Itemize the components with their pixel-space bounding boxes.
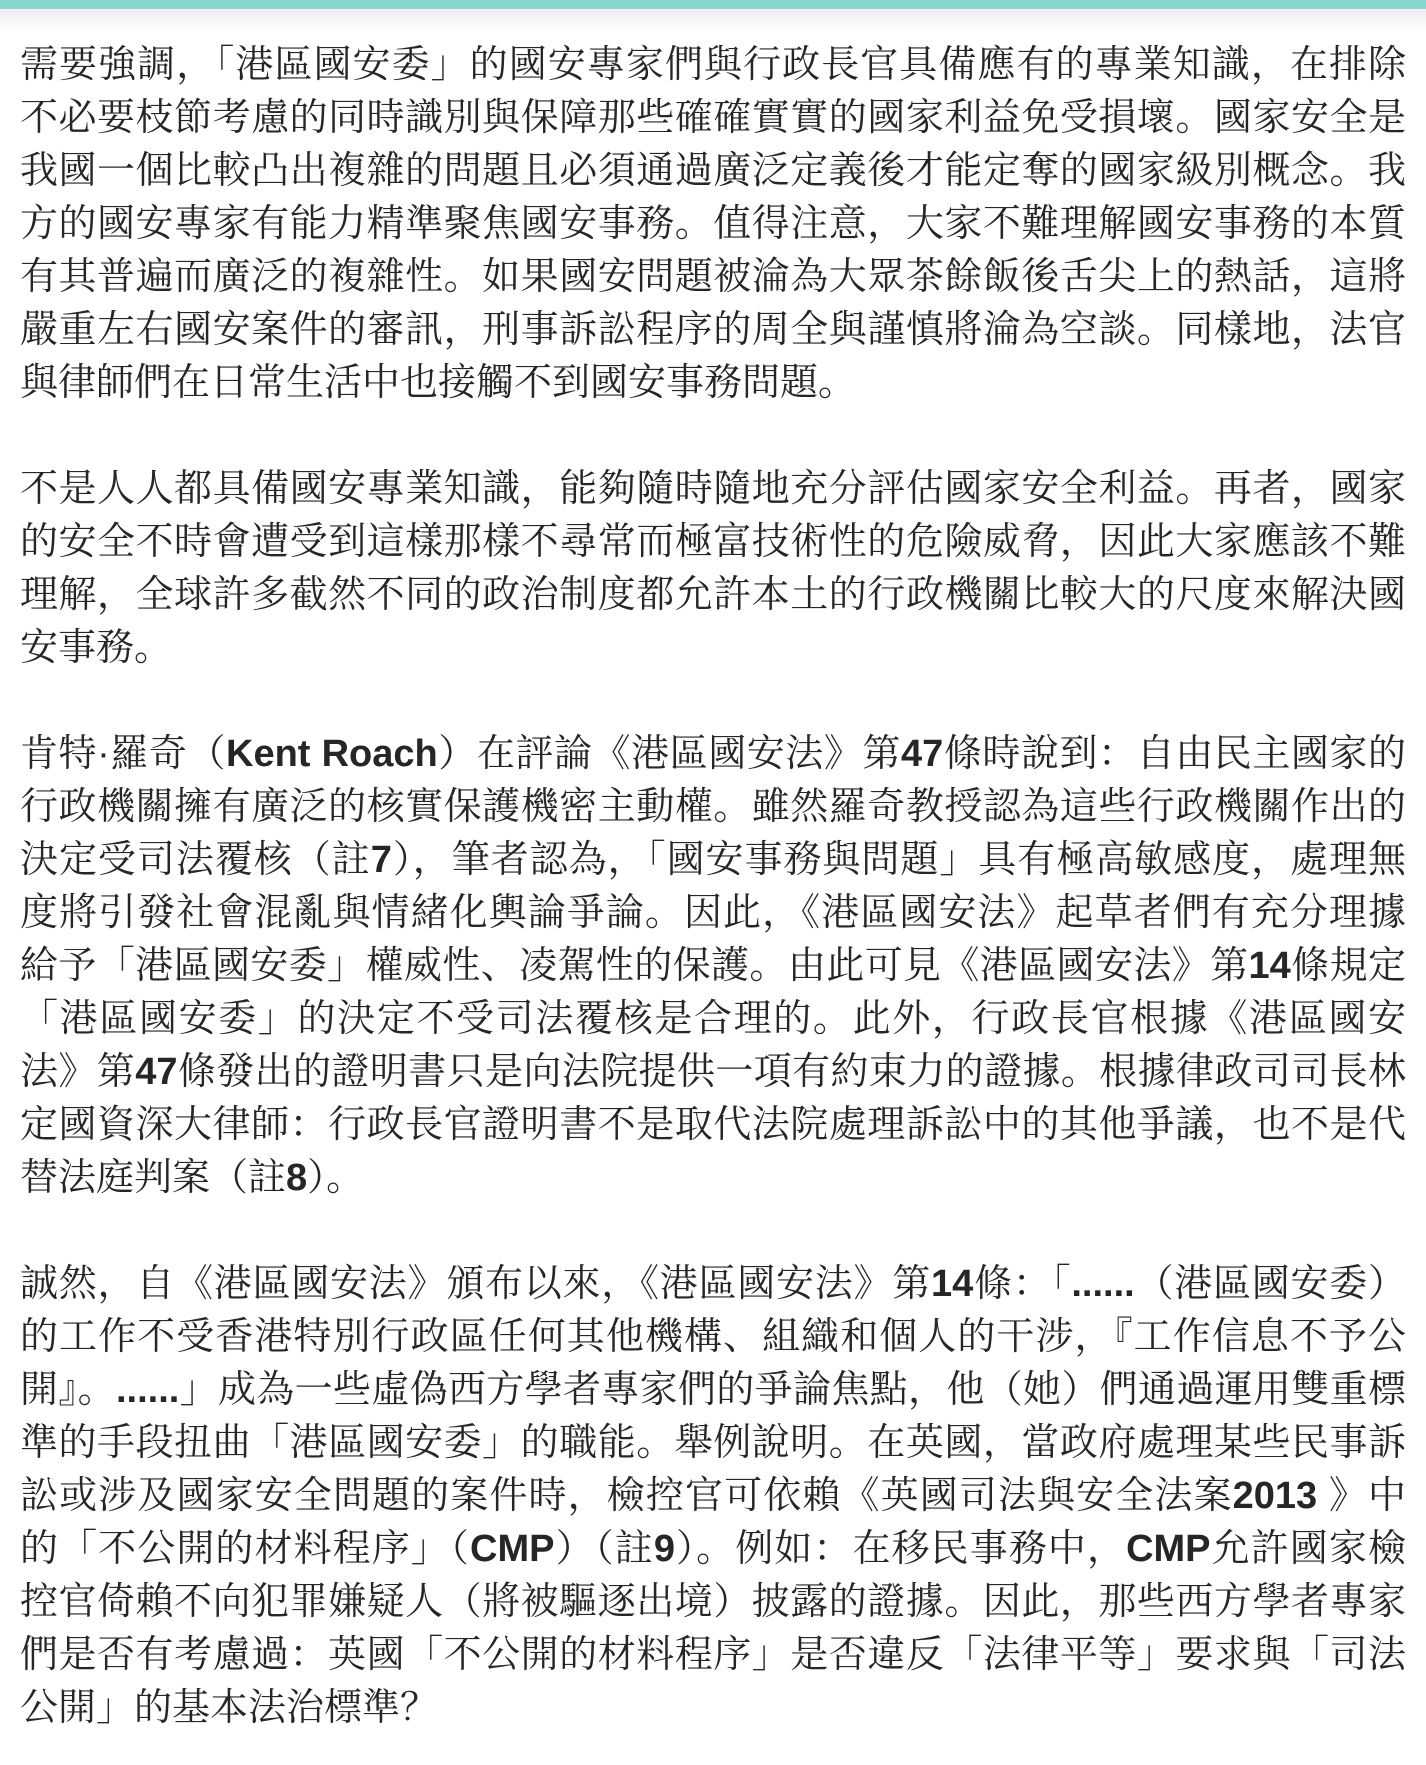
emphasis-text-run: 9 bbox=[654, 1528, 675, 1570]
emphasis-text-run: 14 bbox=[931, 1263, 973, 1305]
text-run: ）。 bbox=[307, 1157, 364, 1199]
text-run: 需要強調，「港區國安委」的國安專家們與行政長官具備應有的專業知識，在排除不必要枝… bbox=[20, 44, 1406, 404]
text-run: 肯特·羅奇（ bbox=[20, 733, 226, 775]
paragraph: 不是人人都具備國安專業知識，能夠隨時隨地充分評估國家安全利益。再者，國家的安全不… bbox=[20, 463, 1406, 675]
emphasis-text-run: CMP bbox=[470, 1528, 554, 1570]
emphasis-text-run: 14 bbox=[1249, 945, 1291, 987]
emphasis-text-run: 47 bbox=[135, 1051, 177, 1093]
text-run: ）在評論《港區國安法》第 bbox=[438, 733, 901, 775]
text-run: 條：「 bbox=[973, 1263, 1071, 1305]
emphasis-text-run: 2013 bbox=[1233, 1475, 1318, 1517]
emphasis-text-run: Kent Roach bbox=[226, 733, 438, 775]
text-run: ）。例如：在移民事務中， bbox=[675, 1528, 1126, 1570]
header-gradient bbox=[0, 9, 1426, 33]
top-accent-bar bbox=[0, 0, 1426, 9]
paragraph: 誠然，自《港區國安法》頒布以來，《港區國安法》第14條：「......（港區國安… bbox=[20, 1258, 1406, 1735]
emphasis-text-run: 8 bbox=[286, 1157, 307, 1199]
text-run: 不是人人都具備國安專業知識，能夠隨時隨地充分評估國家安全利益。再者，國家的安全不… bbox=[20, 468, 1406, 669]
text-run: 條發出的證明書只是向法院提供一項有約束力的證據。根據律政司司長林定國資深大律師：… bbox=[20, 1051, 1406, 1199]
emphasis-text-run: 7 bbox=[371, 839, 392, 881]
paragraph: 需要強調，「港區國安委」的國安專家們與行政長官具備應有的專業知識，在排除不必要枝… bbox=[20, 39, 1406, 410]
emphasis-text-run: ...... bbox=[1071, 1263, 1134, 1305]
paragraph: 肯特·羅奇（Kent Roach）在評論《港區國安法》第47條時說到：自由民主國… bbox=[20, 728, 1406, 1205]
text-run: 誠然，自《港區國安法》頒布以來，《港區國安法》第 bbox=[20, 1263, 931, 1305]
emphasis-text-run: CMP bbox=[1126, 1528, 1210, 1570]
emphasis-text-run: 47 bbox=[901, 733, 943, 775]
text-run: 」成為一些虛偽西方學者專家們的爭論焦點，他（她）們通過運用雙重標準的手段扭曲「港… bbox=[20, 1369, 1406, 1517]
article-body: 需要強調，「港區國安委」的國安專家們與行政長官具備應有的專業知識，在排除不必要枝… bbox=[0, 33, 1426, 1765]
text-run: ）（註 bbox=[554, 1528, 653, 1570]
emphasis-text-run: ...... bbox=[116, 1369, 179, 1411]
